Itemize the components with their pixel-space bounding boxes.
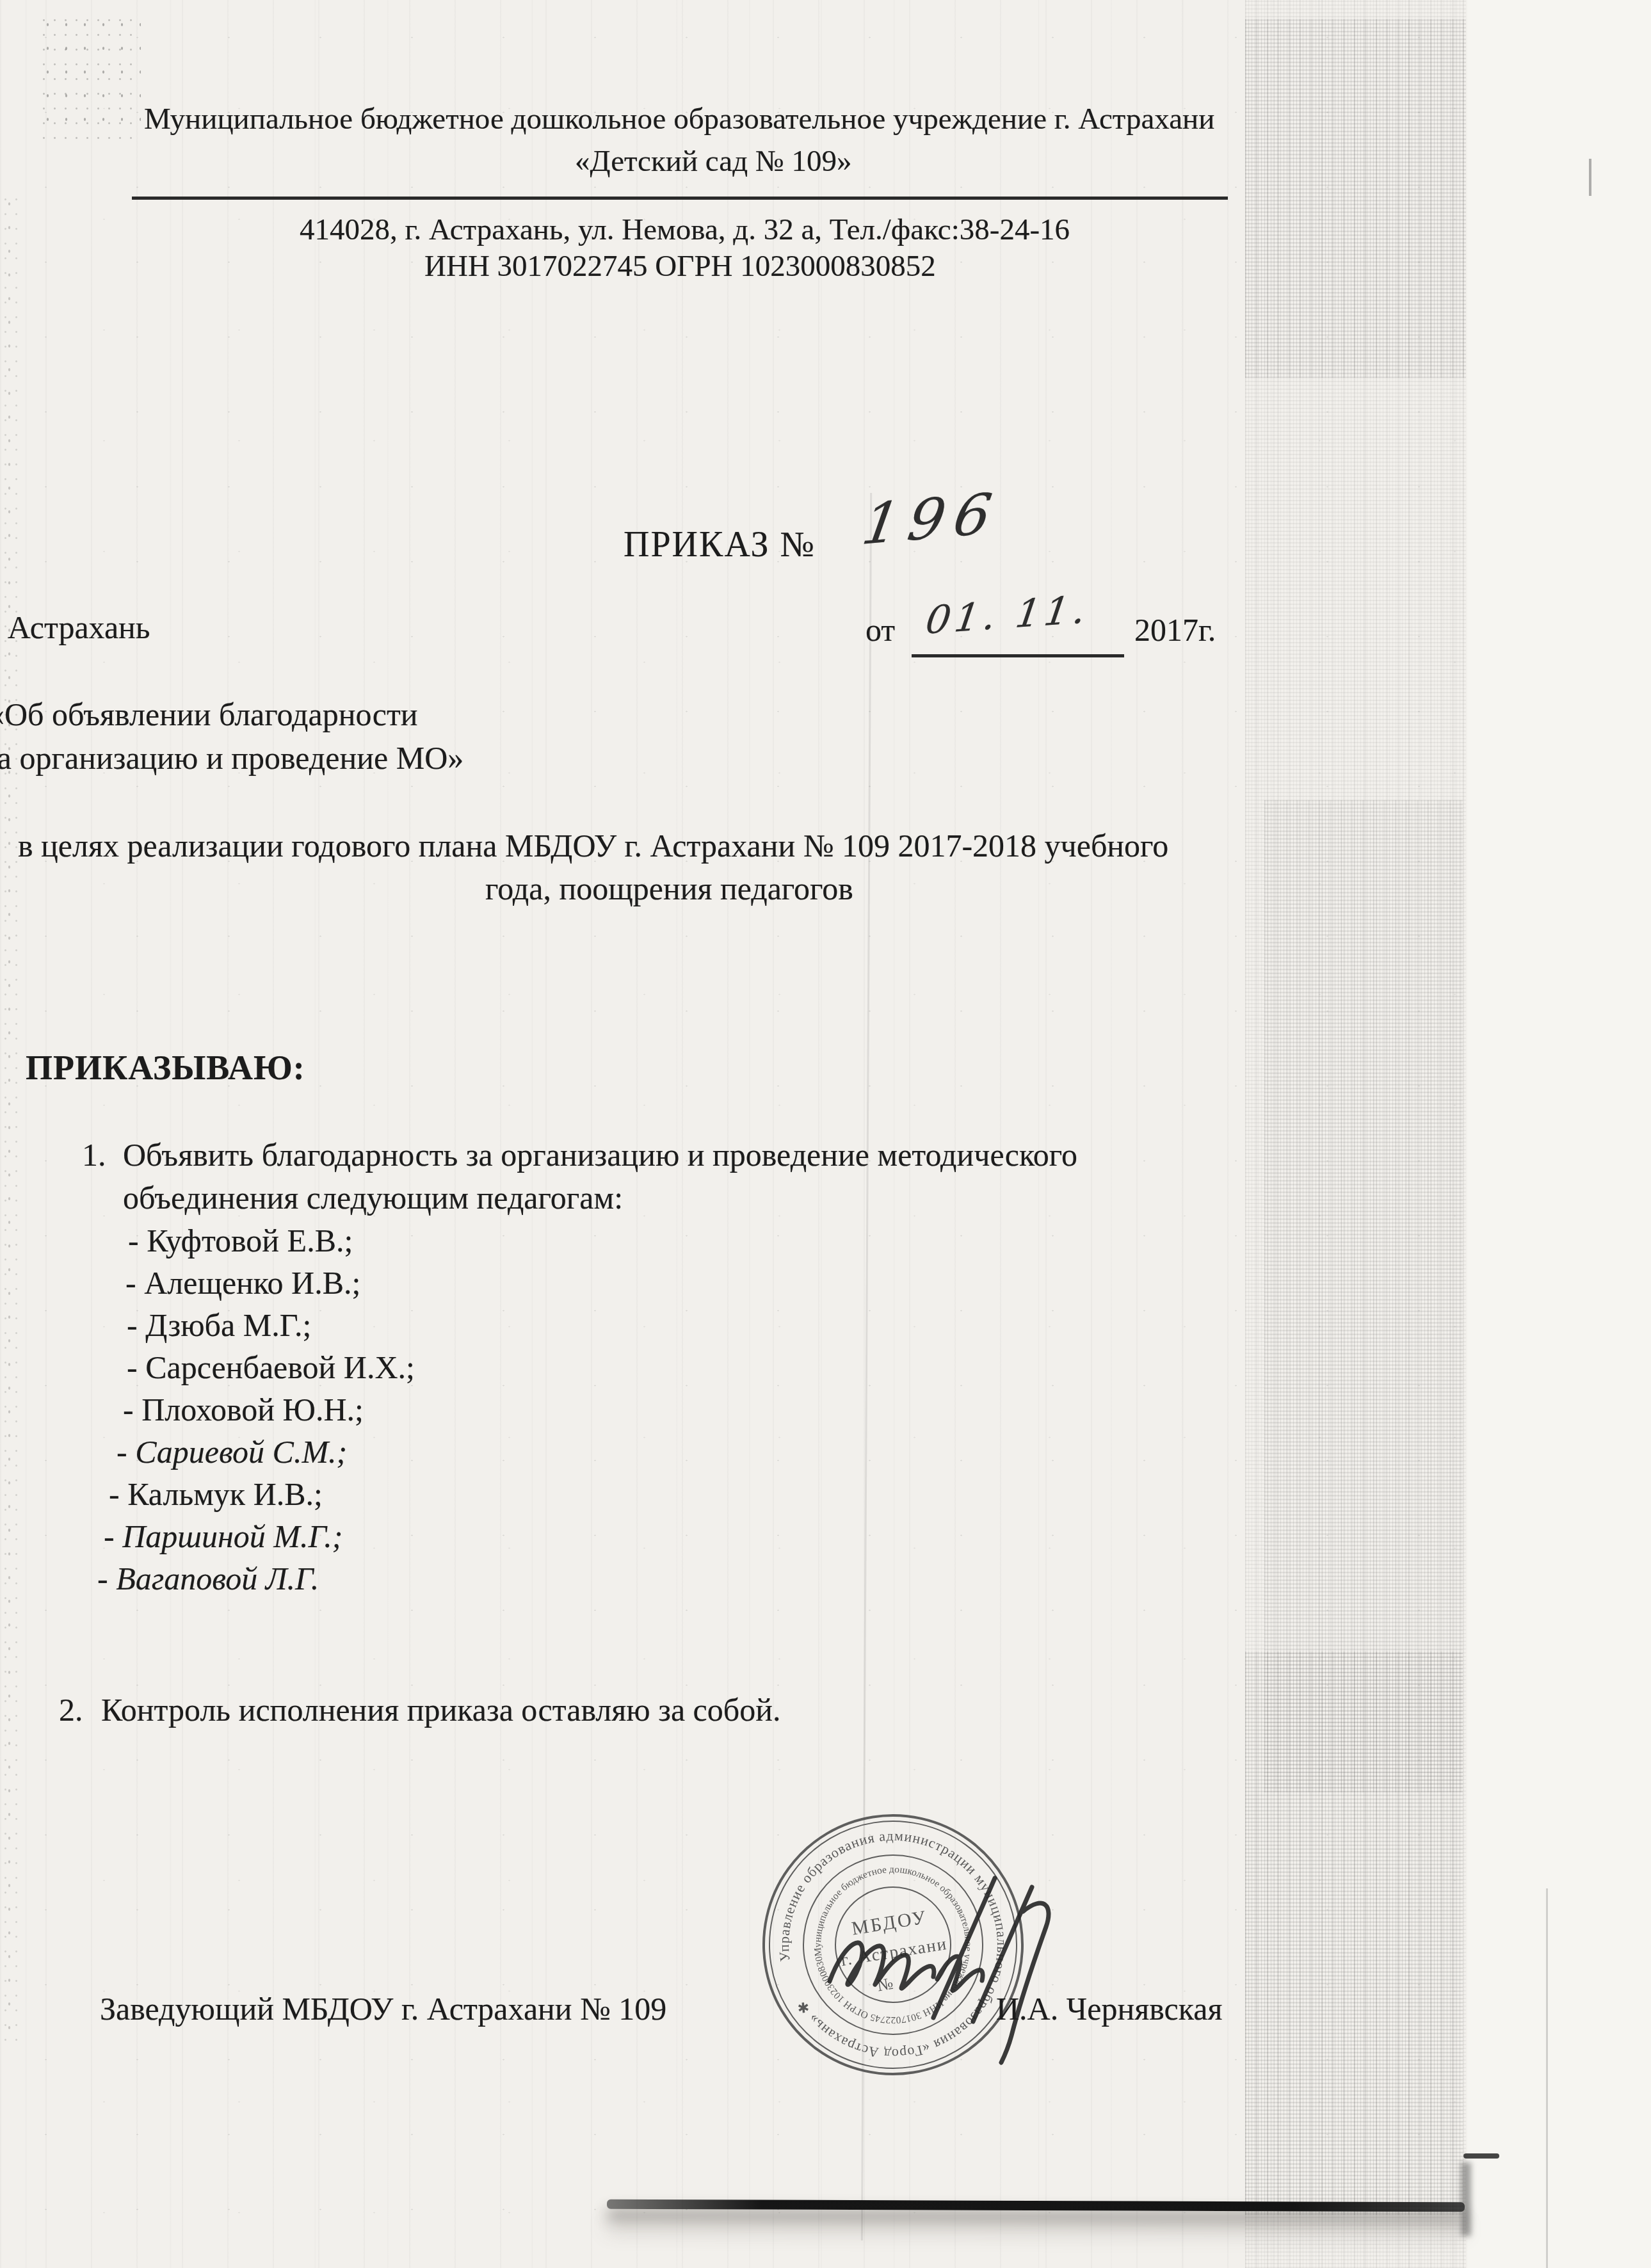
stamp-center-line2: г. Астрахани [839,1934,949,1970]
teacher-list-item: - Дзюба М.Г.; [127,1307,311,1343]
org-inn-ogrn-line: ИНН 3017022745 ОГРН 1023000830852 [424,250,936,284]
scan-speckles-left-edge [0,192,26,2048]
order-number-handwritten: 196 [858,482,1005,556]
stamp-outer-circle2 [752,1803,1035,2086]
scanned-order-document: Муниципальное бюджетное дошкольное образ… [0,0,1651,2268]
signature-title: Заведующий МБДОУ г. Астрахани № 109 [100,1991,666,2027]
stamp-inner-ring-text: Муниципальное бюджетное дошкольное образ… [739,1791,985,2046]
scan-crease-line [861,493,872,2240]
item2-text: Контроль исполнения приказа оставляю за … [101,1692,781,1728]
handwritten-signature [812,1850,1113,2080]
preamble-line1: в целях реализации годового плана МБДОУ … [18,828,1168,864]
teacher-list-item: - Паршиной М.Г.; [104,1518,342,1554]
scan-noise-patch-top [1245,19,1466,378]
stamp-center-line1: МБДОУ [850,1906,929,1939]
date-year: 2017г. [1134,612,1216,648]
preamble-line2: года, поощрения педагогов [485,871,853,906]
item2-number: 2. [59,1692,83,1728]
scan-noise-band-right [1245,0,1466,2268]
date-handwritten: 01. 11. [923,588,1093,643]
header-divider-line [132,197,1228,200]
teacher-list-item: - Алещенко И.В.; [125,1265,360,1301]
item1-line2: объединения следующим педагогам: [123,1180,623,1216]
stamp-outer-ring-text: Управление образования администрации мун… [759,1811,1027,2079]
scan-vertical-mark-right [1546,1888,1548,2268]
order-title: ПРИКАЗ № [624,525,816,565]
stamp-outer-circle [745,1797,1041,2093]
item1-number: 1. [82,1137,106,1173]
date-prefix: от [866,612,895,648]
resolve-heading: ПРИКАЗЫВАЮ: [26,1049,305,1087]
official-round-stamp: Управление образования администрации мун… [739,1791,1047,2099]
item1-line1: Объявить благодарность за организацию и … [123,1137,1077,1173]
scan-bottom-right-tick [1463,2153,1499,2159]
scan-bottom-dark-line [607,2200,1465,2212]
org-address-line: 414028, г. Астрахань, ул. Немова, д. 32 … [300,213,1070,247]
teacher-list-item: - Кальмук И.В.; [109,1476,323,1512]
teacher-list-item: - Куфтовой Е.В.; [128,1223,353,1259]
teacher-list-item: - Вагаповой Л.Г. [97,1561,319,1596]
teacher-list-item: - Сариевой С.М.; [117,1434,347,1470]
signature-name: И.А. Чернявская [996,1991,1222,2027]
org-name-line1: Муниципальное бюджетное дошкольное образ… [144,102,1214,136]
subject-line1: «Об объявлении благодарности [0,696,418,732]
stamp-inner-circle [827,1879,959,2011]
subject-line2: за организацию и проведение МО» [0,740,463,776]
org-name-line2: «Детский сад № 109» [575,145,851,179]
stamp-center-line3: № [876,1974,894,1995]
scan-bottom-right-smudge [1461,2162,1471,2236]
city-line: г. Астрахань [0,609,150,645]
scan-clean-right-margin [1467,0,1651,2268]
date-underline [912,654,1124,657]
stamp-mid-circle [791,1842,995,2047]
teacher-list-item: - Сарсенбаевой И.Х.; [127,1349,415,1385]
scan-speckles-top-left [38,13,141,141]
teacher-list-item: - Плоховой Ю.Н.; [123,1392,364,1428]
scan-noise-patch-bottom [1245,1652,1463,2215]
scan-vertical-mark-top-right [1589,159,1591,196]
scan-noise-patch-middle [1264,800,1463,1792]
